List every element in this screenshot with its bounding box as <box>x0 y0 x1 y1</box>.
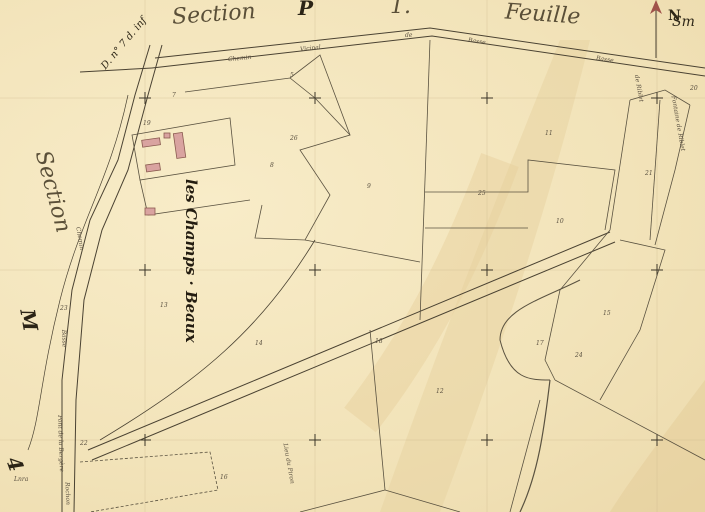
sheet-prefix: Sm <box>672 14 695 30</box>
parcel-number: 17 <box>536 340 544 347</box>
parcel-number: 24 <box>575 352 583 359</box>
parcel-number: 12 <box>436 388 444 395</box>
parcel-number: 5 <box>290 72 294 79</box>
map-linework <box>0 0 705 512</box>
parcel-boundaries <box>80 40 705 512</box>
sheet-subtext: Lnra <box>14 476 28 483</box>
parcel-number: 20 <box>690 85 698 92</box>
parcel-number: 14 <box>255 340 263 347</box>
road-label: de <box>405 32 412 39</box>
grid-lines <box>0 0 705 512</box>
parcel-number: 18 <box>375 338 383 345</box>
section-letter-top: P <box>298 0 313 20</box>
section-letter-left: M <box>15 307 42 333</box>
separator: 1. <box>390 0 411 19</box>
parcel-number: 7 <box>172 92 176 99</box>
place-name: les Champs · Beaux <box>182 179 200 319</box>
parcel-number: 16 <box>220 474 228 481</box>
parcel-number: 9 <box>367 183 371 190</box>
north-arrow-icon <box>650 0 662 58</box>
road-label: Basse <box>60 330 68 348</box>
road-label: Rochon <box>64 482 72 505</box>
cadastral-map: Section P 1. Feuille N Sm Section M 4 Ln… <box>0 0 705 512</box>
parcel-number: 23 <box>60 305 68 312</box>
parcel-number: 21 <box>645 170 653 177</box>
parcel-number: 8 <box>270 162 274 169</box>
parcel-number: 13 <box>160 302 168 309</box>
fold-stain <box>380 40 590 512</box>
parcel-number: 19 <box>143 120 151 127</box>
parcel-number: 10 <box>556 218 564 225</box>
feuille-label: Feuille <box>504 0 581 30</box>
parcel-number: 22 <box>80 440 88 447</box>
parcel-number: 25 <box>478 190 486 197</box>
parcel-number: 11 <box>545 130 553 137</box>
parcel-number: 15 <box>603 310 611 317</box>
parcel-number: 26 <box>290 135 298 142</box>
